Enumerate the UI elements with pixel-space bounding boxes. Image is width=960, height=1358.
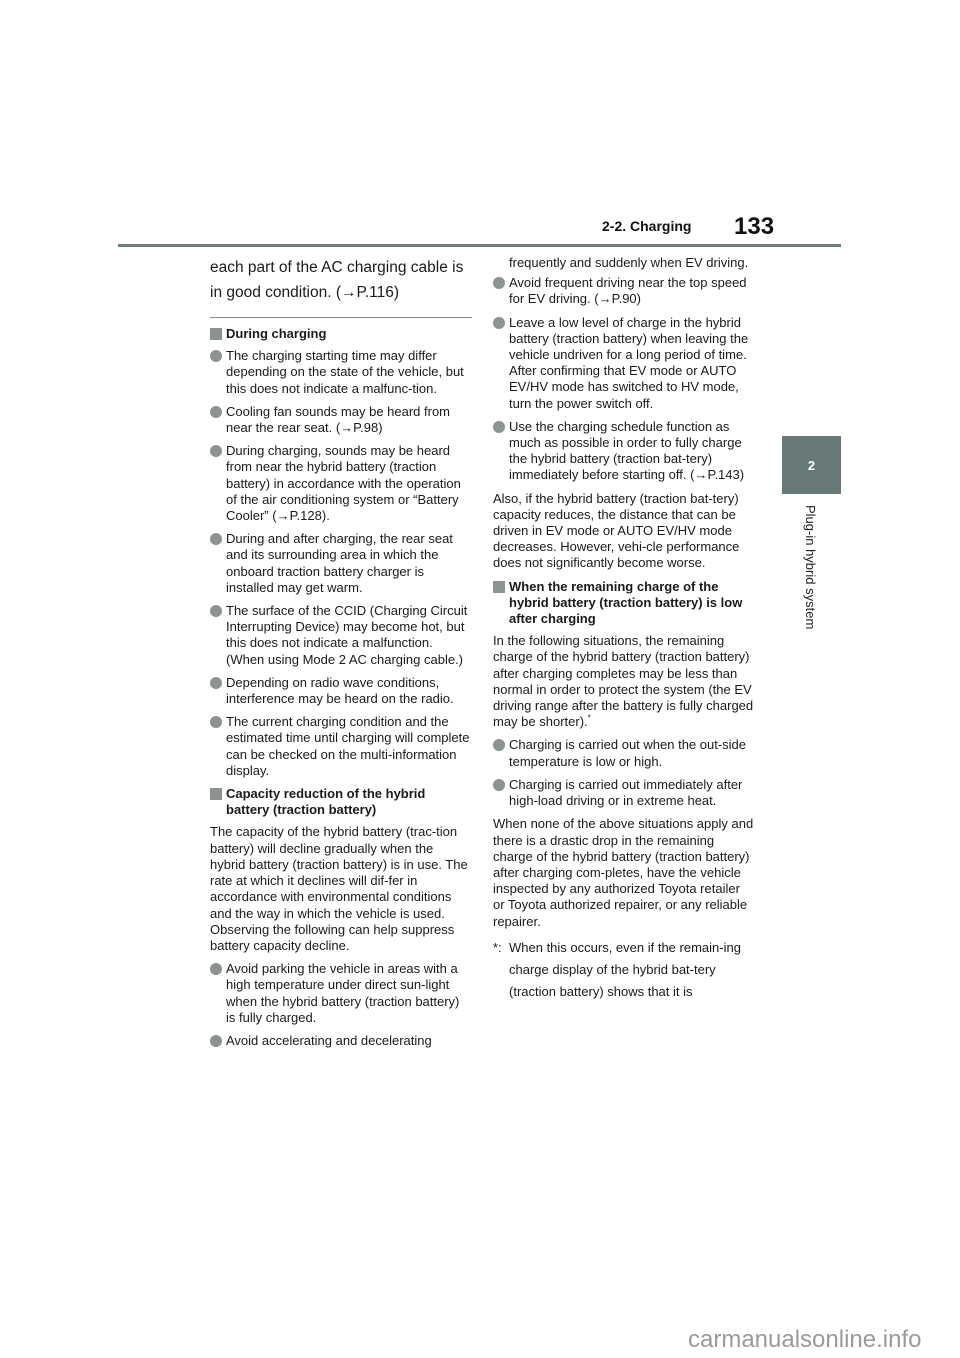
section-heading: When the remaining charge of the hybrid … xyxy=(493,579,755,628)
list-item: The current charging condition and the e… xyxy=(210,714,472,779)
list-item: The surface of the CCID (Charging Circui… xyxy=(210,603,472,668)
circle-bullet-icon xyxy=(210,677,222,689)
right-column: frequently and suddenly when EV driving.… xyxy=(493,255,755,1003)
chapter-number: 2 xyxy=(808,458,815,473)
paragraph: In the following situations, the remaini… xyxy=(493,633,755,730)
circle-bullet-icon xyxy=(210,716,222,728)
circle-bullet-icon xyxy=(493,317,505,329)
watermark: carmanualsonline.info xyxy=(688,1326,921,1354)
paragraph: When none of the above situations apply … xyxy=(493,816,755,929)
circle-bullet-icon xyxy=(493,739,505,751)
circle-bullet-icon xyxy=(210,963,222,975)
circle-bullet-icon xyxy=(210,1035,222,1047)
circle-bullet-icon xyxy=(210,605,222,617)
list-item: The charging starting time may differ de… xyxy=(210,348,472,397)
circle-bullet-icon xyxy=(493,277,505,289)
circle-bullet-icon xyxy=(210,445,222,457)
continued-text: frequently and suddenly when EV driving. xyxy=(493,255,755,271)
chapter-title: Plug-in hybrid system xyxy=(803,505,818,629)
divider xyxy=(210,317,472,318)
section-heading: During charging xyxy=(210,326,472,342)
list-item: Avoid accelerating and decelerating xyxy=(210,1033,472,1049)
list-item: Charging is carried out immediately afte… xyxy=(493,777,755,809)
section-heading: Capacity reduction of the hybrid battery… xyxy=(210,786,472,818)
circle-bullet-icon xyxy=(493,779,505,791)
list-item: During charging, sounds may be heard fro… xyxy=(210,443,472,524)
list-item: Use the charging schedule function as mu… xyxy=(493,419,755,484)
paragraph: Also, if the hybrid battery (traction ba… xyxy=(493,491,755,572)
footnote: *: When this occurs, even if the remain-… xyxy=(493,937,755,1003)
list-item: Leave a low level of charge in the hybri… xyxy=(493,315,755,412)
footnote-label: *: xyxy=(493,937,502,959)
list-item: Avoid frequent driving near the top spee… xyxy=(493,275,755,307)
list-item: Avoid parking the vehicle in areas with … xyxy=(210,961,472,1026)
footnote-marker: * xyxy=(588,714,591,723)
circle-bullet-icon xyxy=(210,350,222,362)
square-bullet-icon xyxy=(210,788,222,800)
circle-bullet-icon xyxy=(210,533,222,545)
chapter-tab[interactable]: 2 xyxy=(782,436,841,494)
left-column: each part of the AC charging cable is in… xyxy=(210,255,472,1056)
circle-bullet-icon xyxy=(210,406,222,418)
circle-bullet-icon xyxy=(493,421,505,433)
header-divider xyxy=(118,244,841,247)
section-title: 2-2. Charging xyxy=(602,218,691,234)
square-bullet-icon xyxy=(210,328,222,340)
square-bullet-icon xyxy=(493,581,505,593)
list-item: Cooling fan sounds may be heard from nea… xyxy=(210,404,472,436)
lead-text: each part of the AC charging cable is in… xyxy=(210,255,472,305)
page-number: 133 xyxy=(734,213,774,241)
list-item: During and after charging, the rear seat… xyxy=(210,531,472,596)
list-item: Charging is carried out when the out-sid… xyxy=(493,737,755,769)
paragraph: The capacity of the hybrid battery (trac… xyxy=(210,824,472,954)
list-item: Depending on radio wave conditions, inte… xyxy=(210,675,472,707)
